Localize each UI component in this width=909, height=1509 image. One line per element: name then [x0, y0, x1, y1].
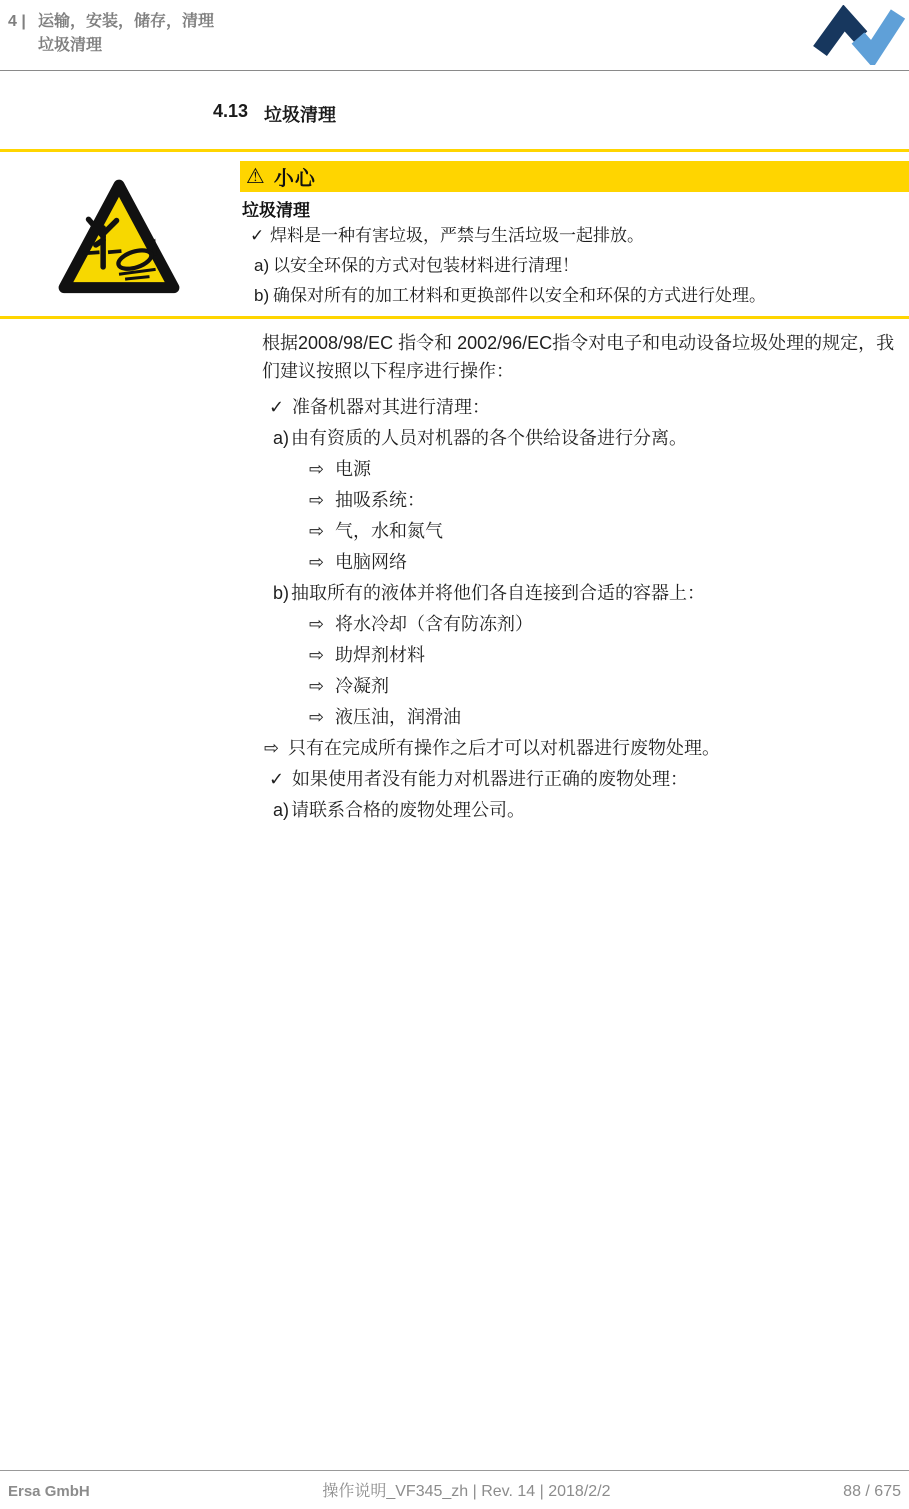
body-content: 根据2008/98/EC 指令和 2002/96/EC指令对电子和电动设备垃圾处… [262, 329, 906, 826]
list-item-text: 液压油，润滑油 [335, 702, 461, 733]
chapter-subtitle: 垃圾清理 [38, 34, 214, 58]
caution-item-text: 确保对所有的加工材料和更换部件以安全和环保的方式进行处理。 [273, 281, 766, 311]
arrow-bullet: ⇨ [262, 733, 288, 764]
check-bullet: ✓ [262, 764, 292, 795]
list-item: a)请联系合格的废物处理公司。 [262, 795, 906, 826]
list-item: ⇨只有在完成所有操作之后才可以对机器进行废物处理。 [262, 733, 906, 764]
list-item-text: 准备机器对其进行清理： [292, 392, 490, 423]
footer-company: Ersa GmbH [8, 1483, 90, 1500]
chapter-title: 运输，安装，储存，清理 [38, 10, 214, 34]
caution-items: ✓ 焊料是一种有害垃圾，严禁与生活垃圾一起排放。 a) 以安全环保的方式对包装材… [242, 221, 902, 311]
caution-item: b) 确保对所有的加工材料和更换部件以安全和环保的方式进行处理。 [242, 281, 902, 311]
arrow-bullet: ⇨ [262, 640, 335, 671]
list-item: ⇨液压油，润滑油 [262, 702, 906, 733]
list-item: ⇨电脑网络 [262, 547, 906, 578]
caution-banner-label: 小心 [274, 162, 316, 191]
check-bullet: ✓ [262, 392, 292, 423]
list-item-text: 冷凝剂 [335, 671, 389, 702]
list-item-text: 气，水和氮气 [335, 516, 443, 547]
list-item: ✓如果使用者没有能力对机器进行正确的废物处理： [262, 764, 906, 795]
arrow-bullet: ⇨ [262, 702, 335, 733]
page-footer: Ersa GmbH 操作说明_VF345_zh | Rev. 14 | 2018… [8, 1478, 901, 1501]
chapter-number: 4 | [8, 10, 38, 58]
check-bullet: ✓ [242, 221, 270, 251]
caution-bottom-rule [0, 316, 909, 319]
section-heading: 4.13 垃圾清理 [213, 101, 336, 127]
list-item: ⇨助焊剂材料 [262, 640, 906, 671]
list-item: ⇨冷凝剂 [262, 671, 906, 702]
footer-document-info: 操作说明_VF345_zh | Rev. 14 | 2018/2/2 [90, 1478, 843, 1501]
list-item-text: 由有资质的人员对机器的各个供给设备进行分离。 [291, 423, 687, 454]
arrow-bullet: ⇨ [262, 547, 335, 578]
footer-divider [0, 1470, 909, 1471]
arrow-bullet: ⇨ [262, 671, 335, 702]
list-item: a)由有资质的人员对机器的各个供给设备进行分离。 [262, 423, 906, 454]
page-header: 4 | 运输，安装，储存，清理 垃圾清理 [8, 10, 214, 58]
list-item-text: 助焊剂材料 [335, 640, 425, 671]
arrow-bullet: ⇨ [262, 516, 335, 547]
list-item: ⇨电源 [262, 454, 906, 485]
caution-item-text: 焊料是一种有害垃圾，严禁与生活垃圾一起排放。 [270, 221, 644, 251]
ersa-logo [813, 5, 907, 65]
list-item-text: 请联系合格的废物处理公司。 [291, 795, 525, 826]
caution-title: 垃圾清理 [242, 196, 310, 221]
section-number: 4.13 [213, 101, 248, 127]
intro-paragraph: 根据2008/98/EC 指令和 2002/96/EC指令对电子和电动设备垃圾处… [262, 329, 906, 385]
list-item-text: 如果使用者没有能力对机器进行正确的废物处理： [292, 764, 688, 795]
list-item-text: 只有在完成所有操作之后才可以对机器进行废物处理。 [288, 733, 720, 764]
caution-item-text: 以安全环保的方式对包装材料进行清理！ [273, 251, 579, 281]
list-item: ⇨气，水和氮气 [262, 516, 906, 547]
list-item-text: 将水冷却（含有防冻剂） [335, 609, 533, 640]
arrow-bullet: ⇨ [262, 485, 335, 516]
list-item-text: 抽取所有的液体并将他们各自连接到合适的容器上： [291, 578, 705, 609]
arrow-bullet: ⇨ [262, 454, 335, 485]
letter-bullet: a) [242, 251, 273, 281]
list-item-text: 抽吸系统： [335, 485, 425, 516]
warning-triangle-icon: ⚠ [246, 166, 265, 187]
list-item: ✓准备机器对其进行清理： [262, 392, 906, 423]
caution-item: ✓ 焊料是一种有害垃圾，严禁与生活垃圾一起排放。 [242, 221, 902, 251]
footer-page-number: 88 / 675 [843, 1483, 901, 1501]
letter-bullet: b) [262, 578, 291, 609]
caution-banner: ⚠ 小心 [240, 161, 909, 192]
arrow-bullet: ⇨ [262, 609, 335, 640]
list-item: ⇨抽吸系统： [262, 485, 906, 516]
environmental-hazard-warning-icon [58, 178, 180, 296]
list-item: b)抽取所有的液体并将他们各自连接到合适的容器上： [262, 578, 906, 609]
list-item-text: 电脑网络 [335, 547, 407, 578]
letter-bullet: a) [262, 795, 291, 826]
caution-item: a) 以安全环保的方式对包装材料进行清理！ [242, 251, 902, 281]
letter-bullet: a) [262, 423, 291, 454]
manual-page: 4 | 运输，安装，储存，清理 垃圾清理 4.13 垃圾清理 [0, 0, 909, 1509]
caution-top-rule [0, 149, 909, 152]
section-title: 垃圾清理 [264, 101, 336, 127]
letter-bullet: b) [242, 281, 273, 311]
list-item-text: 电源 [335, 454, 371, 485]
procedure-list: ✓准备机器对其进行清理： a)由有资质的人员对机器的各个供给设备进行分离。 ⇨电… [262, 392, 906, 826]
header-divider [0, 70, 909, 71]
list-item: ⇨将水冷却（含有防冻剂） [262, 609, 906, 640]
